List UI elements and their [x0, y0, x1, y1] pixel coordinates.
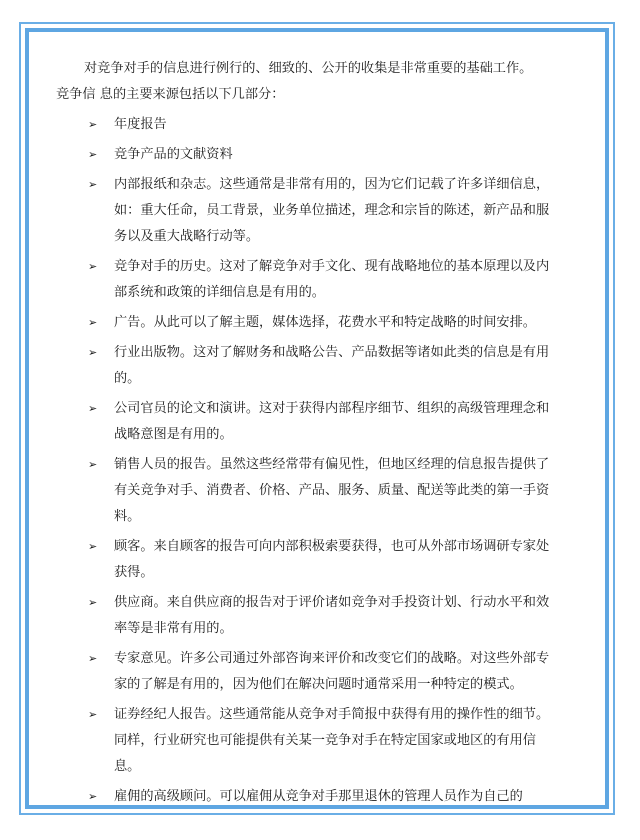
list-item: ➢竞争对手的历史。这对了解竞争对手文化、现有战略地位的基本原理以及内部系统和政策…	[56, 254, 556, 306]
arrow-bullet-icon: ➢	[88, 452, 97, 478]
list-item-text: 竞争对手的历史。这对了解竞争对手文化、现有战略地位的基本原理以及内部系统和政策的…	[114, 254, 556, 306]
list-item: ➢广告。从此可以了解主题，媒体选择，花费水平和特定战略的时间安排。	[56, 310, 556, 336]
arrow-bullet-icon: ➢	[88, 172, 97, 198]
list-item: ➢雇佣的高级顾问。可以雇佣从竞争对手那里退休的管理人员作为自己的	[56, 784, 556, 810]
source-list: ➢年度报告 ➢竞争产品的文献资料 ➢内部报纸和杂志。这些通常是非常有用的，因为它…	[56, 112, 556, 810]
arrow-bullet-icon: ➢	[88, 784, 97, 810]
list-item-text: 公司官员的论文和演讲。这对于获得内部程序细节、组织的高级管理理念和战略意图是有用…	[114, 396, 556, 448]
list-item: ➢销售人员的报告。虽然这些经常带有偏见性，但地区经理的信息报告提供了有关竞争对手…	[56, 452, 556, 530]
list-item: ➢顾客。来自顾客的报告可向内部积极索要获得，也可从外部市场调研专家处获得。	[56, 534, 556, 586]
arrow-bullet-icon: ➢	[88, 534, 97, 560]
list-item-text: 专家意见。许多公司通过外部咨询来评价和改变它们的战略。对这些外部专家的了解是有用…	[114, 646, 556, 698]
list-item-text: 行业出版物。这对了解财务和战略公告、产品数据等诸如此类的信息是有用的。	[114, 340, 556, 392]
intro-line-2: 竞争信 息的主要来源包括以下几部分：	[56, 82, 556, 108]
arrow-bullet-icon: ➢	[88, 702, 97, 728]
arrow-bullet-icon: ➢	[88, 142, 97, 168]
document-body: 对竞争对手的信息进行例行的、细致的、公开的收集是非常重要的基础工作。 竞争信 息…	[56, 56, 556, 810]
arrow-bullet-icon: ➢	[88, 646, 97, 672]
arrow-bullet-icon: ➢	[88, 340, 97, 366]
list-item: ➢内部报纸和杂志。这些通常是非常有用的，因为它们记载了许多详细信息，如：重大任命…	[56, 172, 556, 250]
list-item: ➢行业出版物。这对了解财务和战略公告、产品数据等诸如此类的信息是有用的。	[56, 340, 556, 392]
arrow-bullet-icon: ➢	[88, 112, 97, 138]
list-item-text: 内部报纸和杂志。这些通常是非常有用的，因为它们记载了许多详细信息，如：重大任命，…	[114, 172, 556, 250]
list-item: ➢供应商。来自供应商的报告对于评价诸如竞争对手投资计划、行动水平和效率等是非常有…	[56, 590, 556, 642]
intro-line-1: 对竞争对手的信息进行例行的、细致的、公开的收集是非常重要的基础工作。	[56, 56, 556, 82]
arrow-bullet-icon: ➢	[88, 396, 97, 422]
list-item-text: 雇佣的高级顾问。可以雇佣从竞争对手那里退休的管理人员作为自己的	[114, 784, 556, 810]
arrow-bullet-icon: ➢	[88, 310, 97, 336]
list-item-text: 广告。从此可以了解主题，媒体选择，花费水平和特定战略的时间安排。	[114, 310, 556, 336]
list-item-text: 销售人员的报告。虽然这些经常带有偏见性，但地区经理的信息报告提供了有关竞争对手、…	[114, 452, 556, 530]
list-item: ➢竞争产品的文献资料	[56, 142, 556, 168]
list-item-text: 供应商。来自供应商的报告对于评价诸如竞争对手投资计划、行动水平和效率等是非常有用…	[114, 590, 556, 642]
arrow-bullet-icon: ➢	[88, 590, 97, 616]
list-item: ➢年度报告	[56, 112, 556, 138]
list-item-text: 证券经纪人报告。这些通常能从竞争对手简报中获得有用的操作性的细节。同样，行业研究…	[114, 702, 556, 780]
list-item: ➢专家意见。许多公司通过外部咨询来评价和改变它们的战略。对这些外部专家的了解是有…	[56, 646, 556, 698]
list-item-text: 竞争产品的文献资料	[114, 142, 556, 168]
list-item-text: 顾客。来自顾客的报告可向内部积极索要获得，也可从外部市场调研专家处获得。	[114, 534, 556, 586]
list-item: ➢公司官员的论文和演讲。这对于获得内部程序细节、组织的高级管理理念和战略意图是有…	[56, 396, 556, 448]
list-item: ➢证券经纪人报告。这些通常能从竞争对手简报中获得有用的操作性的细节。同样，行业研…	[56, 702, 556, 780]
intro-paragraph: 对竞争对手的信息进行例行的、细致的、公开的收集是非常重要的基础工作。 竞争信 息…	[56, 56, 556, 108]
list-item-text: 年度报告	[114, 112, 556, 138]
arrow-bullet-icon: ➢	[88, 254, 97, 280]
